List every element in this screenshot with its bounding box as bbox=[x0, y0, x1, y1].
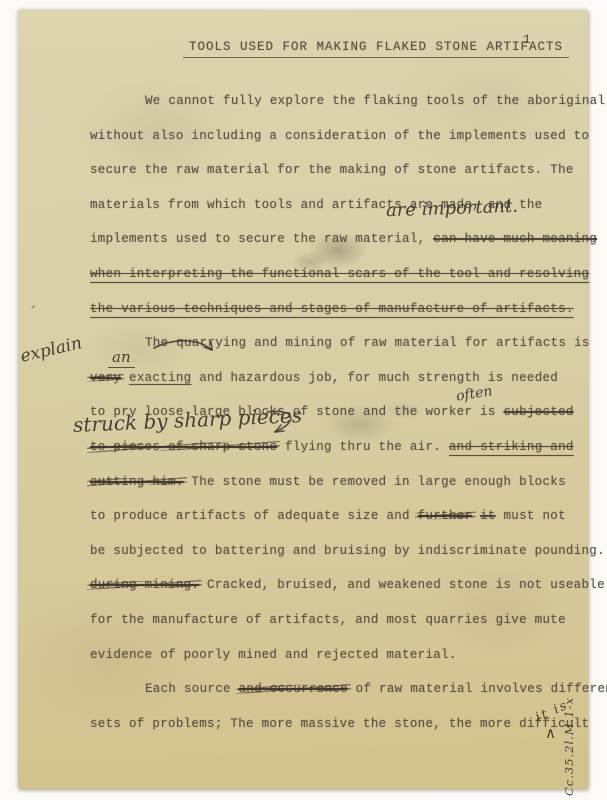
document-line: when interpreting the functional scars o… bbox=[90, 257, 576, 292]
handwritten-explain: explain bbox=[19, 333, 84, 367]
edited-text-segment: and striking and bbox=[449, 440, 574, 454]
page-title: TOOLS USED FOR MAKING FLAKED STONE ARTIF… bbox=[183, 40, 569, 58]
typed-text-segment: flying thru the air. bbox=[277, 440, 449, 454]
edited-text-segment: cutting him. bbox=[90, 465, 184, 500]
typed-text-segment: be subjected to battering and bruising b… bbox=[90, 544, 605, 558]
document-line: for the manufacture of artifacts, and mo… bbox=[90, 603, 576, 638]
typed-text-segment: to produce artifacts of adequate size an… bbox=[90, 509, 418, 523]
document-line: during mining. Cracked, bruised, and wea… bbox=[90, 568, 576, 603]
edited-text-segment: can have much meaning bbox=[433, 232, 597, 246]
typed-text-segment: implements used to secure the raw materi… bbox=[90, 232, 433, 246]
typed-text-segment: The quarrying and mining of raw material… bbox=[145, 336, 590, 350]
document-line: secure the raw material for the making o… bbox=[90, 153, 576, 188]
typed-text-segment: Cracked, bruised, and weakened stone is … bbox=[199, 578, 605, 592]
edited-text-segment: when interpreting the functional scars o… bbox=[90, 267, 589, 281]
handwritten-caret: ∧ bbox=[545, 724, 556, 742]
document-line: without also including a consideration o… bbox=[90, 119, 576, 154]
document-line: the various techniques and stages of man… bbox=[90, 292, 576, 327]
handwritten-an-word: an bbox=[108, 348, 135, 368]
edited-text-segment: the various techniques and stages of man… bbox=[90, 302, 574, 316]
typed-text-segment: without also including a consideration o… bbox=[90, 129, 589, 143]
typed-text-segment: for the manufacture of artifacts, and mo… bbox=[90, 613, 566, 627]
document-line: Each source and occurrence of raw materi… bbox=[90, 672, 576, 707]
document-line: sets of problems; The more massive the s… bbox=[90, 707, 576, 742]
edited-text-segment: and occurrence bbox=[239, 672, 348, 707]
typed-text-segment: and hazardous job, for much strength is … bbox=[191, 371, 558, 385]
typed-text-segment: The stone must be removed in large enoug… bbox=[184, 475, 566, 489]
document-line: We cannot fully explore the flaking tool… bbox=[90, 84, 576, 119]
document-line: very exacting and hazardous job, for muc… bbox=[90, 361, 576, 396]
typed-text-segment: We cannot fully explore the flaking tool… bbox=[145, 94, 605, 108]
scanned-document: TOOLS USED FOR MAKING FLAKED STONE ARTIF… bbox=[0, 0, 607, 800]
manuscript-page: TOOLS USED FOR MAKING FLAKED STONE ARTIF… bbox=[18, 10, 588, 789]
typed-text-segment: Each source bbox=[145, 682, 239, 696]
edited-text-segment: it bbox=[480, 509, 496, 523]
typed-text-segment: evidence of poorly mined and rejected ma… bbox=[90, 648, 457, 662]
edited-text-segment: exacting bbox=[129, 371, 191, 385]
page-number: 1 bbox=[523, 32, 531, 47]
document-line: implements used to secure the raw materi… bbox=[90, 222, 576, 257]
document-line: The quarrying and mining of raw material… bbox=[90, 326, 576, 361]
document-line: to pieces of sharp stone flying thru the… bbox=[90, 430, 576, 465]
catalog-margin-code: Cc.35.2l.M.1-x bbox=[562, 656, 576, 796]
handwritten-tick: ’ bbox=[28, 302, 36, 321]
typed-text-segment: sets of problems; The more massive the s… bbox=[90, 717, 589, 731]
edited-text-segment: subjected bbox=[503, 405, 573, 419]
typed-text-segment: secure the raw material for the making o… bbox=[90, 163, 574, 177]
document-line: to produce artifacts of adequate size an… bbox=[90, 499, 576, 534]
typed-text-segment: must not bbox=[496, 509, 566, 523]
document-line: evidence of poorly mined and rejected ma… bbox=[90, 638, 576, 673]
edited-text-segment: during mining. bbox=[90, 568, 199, 603]
document-line: be subjected to battering and bruising b… bbox=[90, 534, 576, 569]
edited-text-segment: to pieces of sharp stone bbox=[90, 430, 277, 465]
edited-text-segment: further bbox=[418, 499, 473, 534]
document-line: cutting him. The stone must be removed i… bbox=[90, 465, 576, 500]
